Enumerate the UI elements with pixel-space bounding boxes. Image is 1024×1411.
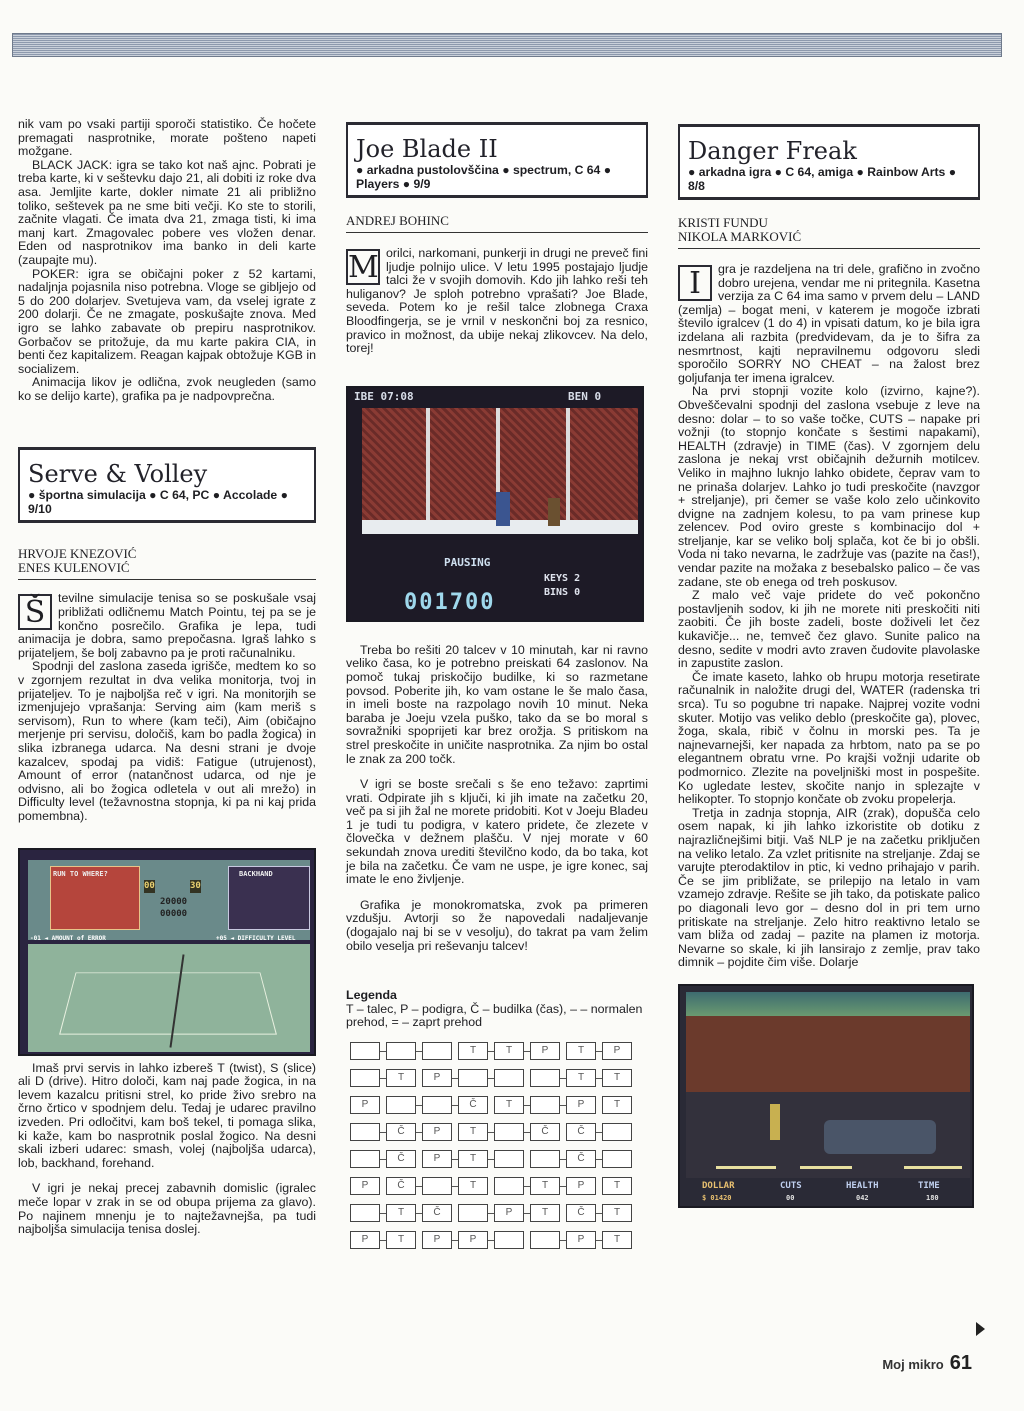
map-room: P: [566, 1231, 596, 1249]
map-room: P: [494, 1204, 524, 1222]
continue-arrow-icon: [976, 1322, 985, 1336]
column-right: Danger Freak ● arkadna igra ● C 64, amig…: [678, 118, 980, 1208]
map-room: P: [566, 1177, 596, 1195]
body-paragraph: Če imate kaseto, lahko ob hrupu motorja …: [678, 671, 980, 807]
map-room: T: [566, 1069, 596, 1087]
legend-title: Legenda: [346, 989, 648, 1003]
map-room: P: [422, 1150, 452, 1168]
joe-blade-character: [496, 492, 510, 526]
review-header-serve-volley: Serve & Volley ● športna simulacija ● C …: [18, 447, 316, 523]
author-name: KRISTI FUNDU: [678, 216, 980, 230]
map-room: [350, 1204, 380, 1222]
map-room: P: [422, 1231, 452, 1249]
map-room: T: [530, 1177, 560, 1195]
map-room: [494, 1069, 524, 1087]
review-title: Serve & Volley: [28, 460, 306, 488]
map-room: [350, 1042, 380, 1060]
map-room: P: [422, 1123, 452, 1141]
body-paragraph: Spodnji del zaslona zaseda igrišče, medt…: [18, 660, 316, 823]
map-room: T: [566, 1042, 596, 1060]
author-name: ANDREJ BOHINC: [346, 214, 648, 228]
legend-text: T – talec, P – podigra, Č – budilka (čas…: [346, 1003, 648, 1030]
map-room: [422, 1042, 452, 1060]
joe-blade-screenshot: IBE 07:08 BEN 0 PAUSING KEYS 2 BINS 0 00…: [346, 386, 644, 622]
map-room: [494, 1150, 524, 1168]
map-room: T: [458, 1042, 488, 1060]
map-room: [458, 1069, 488, 1087]
map-room: P: [566, 1096, 596, 1114]
map-room: [530, 1096, 560, 1114]
map-room: T: [386, 1204, 416, 1222]
review-header-joe-blade: Joe Blade II ● arkadna pustolovščina ● s…: [346, 122, 648, 198]
map-room: P: [602, 1042, 632, 1060]
map-room: Č: [566, 1150, 596, 1168]
map-room: [530, 1150, 560, 1168]
dropcap: Š: [18, 594, 52, 630]
body-paragraph: V igri je nekaj precej zabavnih domislic…: [18, 1182, 316, 1236]
body-paragraph: Animacija likov je odlična, zvok neugled…: [18, 376, 316, 403]
author-name: NIKOLA MARKOVIĆ: [678, 230, 980, 244]
map-room: Č: [386, 1177, 416, 1195]
danger-freak-screenshot: DOLLAR CUTS HEALTH TIME $ 01420 00 042 1…: [678, 984, 974, 1208]
review-meta: ● arkadna pustolovščina ● spectrum, C 64…: [356, 163, 638, 191]
map-room: T: [494, 1096, 524, 1114]
map-room: Č: [566, 1204, 596, 1222]
page-footer: Moj mikro61: [882, 1352, 972, 1375]
map-room: [494, 1177, 524, 1195]
blue-car: [824, 1120, 936, 1154]
map-room: [422, 1096, 452, 1114]
map-room: [530, 1231, 560, 1249]
author-name: HRVOJE KNEZOVIĆ: [18, 547, 316, 561]
body-paragraph: Grafika je monokromatska, zvok pa primer…: [346, 899, 648, 953]
byline: HRVOJE KNEZOVIĆ ENES KULENOVIĆ: [18, 547, 316, 580]
map-room: P: [422, 1069, 452, 1087]
map-room: [494, 1123, 524, 1141]
map-room: Č: [566, 1123, 596, 1141]
map-room: Č: [386, 1150, 416, 1168]
map-room: P: [530, 1042, 560, 1060]
map-room: T: [458, 1150, 488, 1168]
enemy-character: [548, 498, 560, 526]
map-room: [530, 1069, 560, 1087]
map-room: P: [350, 1096, 380, 1114]
serve-volley-screenshot: RUN TO WHERE? BACKHAND 00 30 20000 00000…: [18, 848, 316, 1056]
body-paragraph: POKER: igra se običajni poker z 52 karta…: [18, 268, 316, 377]
biker-character: [770, 1104, 780, 1140]
magazine-name: Moj mikro: [882, 1357, 943, 1372]
dropcap: M: [346, 249, 380, 285]
review-meta: ● arkadna igra ● C 64, amiga ● Rainbow A…: [688, 165, 970, 193]
road: [686, 1092, 970, 1178]
map-room: [386, 1042, 416, 1060]
roadside-background: [686, 1016, 970, 1092]
map-room: T: [602, 1204, 632, 1222]
map-room: T: [386, 1069, 416, 1087]
map-room: Č: [530, 1123, 560, 1141]
decorative-header-bar: [12, 33, 1002, 57]
author-name: ENES KULENOVIĆ: [18, 561, 316, 575]
lead-paragraph: I gra je razdeljena na tri dele, grafičn…: [678, 263, 980, 385]
map-room: [350, 1069, 380, 1087]
map-room: T: [530, 1204, 560, 1222]
body-paragraph: Na prvi stopnji vozite kolo (izvirno, ka…: [678, 385, 980, 589]
map-room: T: [602, 1231, 632, 1249]
map-room: [602, 1150, 632, 1168]
map-room: T: [386, 1231, 416, 1249]
map-room: [386, 1096, 416, 1114]
column-left: nik vam po vsaki partiji sporoči statist…: [18, 118, 316, 1237]
map-room: T: [602, 1177, 632, 1195]
lead-paragraph: M orilci, narkomani, punkerji in drugi n…: [346, 247, 648, 356]
byline: ANDREJ BOHINC: [346, 214, 648, 233]
lead-paragraph: Š tevilne simulacije tenisa so se poskuš…: [18, 592, 316, 660]
map-room: T: [458, 1177, 488, 1195]
map-room: T: [458, 1123, 488, 1141]
map-room: [602, 1123, 632, 1141]
body-paragraph: V igri se boste srečali s še eno težavo:…: [346, 778, 648, 887]
map-room: Č: [422, 1204, 452, 1222]
level-map: TTPTPTPTTPČTPTČPTČČČPTČPČTTPTTČPTČTPTPPP…: [346, 1042, 638, 1262]
map-room: P: [458, 1231, 488, 1249]
map-room: [422, 1177, 452, 1195]
map-room: P: [350, 1231, 380, 1249]
shot-preview: BACKHAND: [228, 866, 310, 930]
body-paragraph: Z malo več vaje pridete do več pokončno …: [678, 589, 980, 671]
map-room: [494, 1231, 524, 1249]
review-title: Joe Blade II: [356, 135, 638, 163]
review-header-danger-freak: Danger Freak ● arkadna igra ● C 64, amig…: [678, 124, 980, 200]
body-paragraph: Treba bo rešiti 20 talcev v 10 minutah, …: [346, 644, 648, 766]
body-paragraph: nik vam po vsaki partiji sporoči statist…: [18, 118, 316, 159]
map-room: T: [602, 1069, 632, 1087]
review-meta: ● športna simulacija ● C 64, PC ● Accola…: [28, 488, 306, 516]
body-paragraph: BLACK JACK: igra se tako kot naš ajnc. P…: [18, 159, 316, 268]
body-paragraph: Imaš prvi servis in lahko izbereš T (twi…: [18, 1062, 316, 1171]
map-room: [350, 1150, 380, 1168]
byline: KRISTI FUNDU NIKOLA MARKOVIĆ: [678, 216, 980, 249]
map-room: [350, 1123, 380, 1141]
tennis-court: [28, 944, 310, 1052]
map-room: P: [350, 1177, 380, 1195]
review-title: Danger Freak: [688, 137, 970, 165]
column-middle: Joe Blade II ● arkadna pustolovščina ● s…: [346, 118, 648, 1262]
court-minimap: RUN TO WHERE?: [50, 866, 140, 930]
body-paragraph: Tretja in zadnja stopnja, AIR (zrak), do…: [678, 807, 980, 970]
map-room: Č: [386, 1123, 416, 1141]
dropcap: I: [678, 265, 712, 301]
map-room: T: [602, 1096, 632, 1114]
page-number: 61: [950, 1352, 972, 1374]
map-room: T: [494, 1042, 524, 1060]
map-room: Č: [458, 1096, 488, 1114]
map-room: [458, 1204, 488, 1222]
